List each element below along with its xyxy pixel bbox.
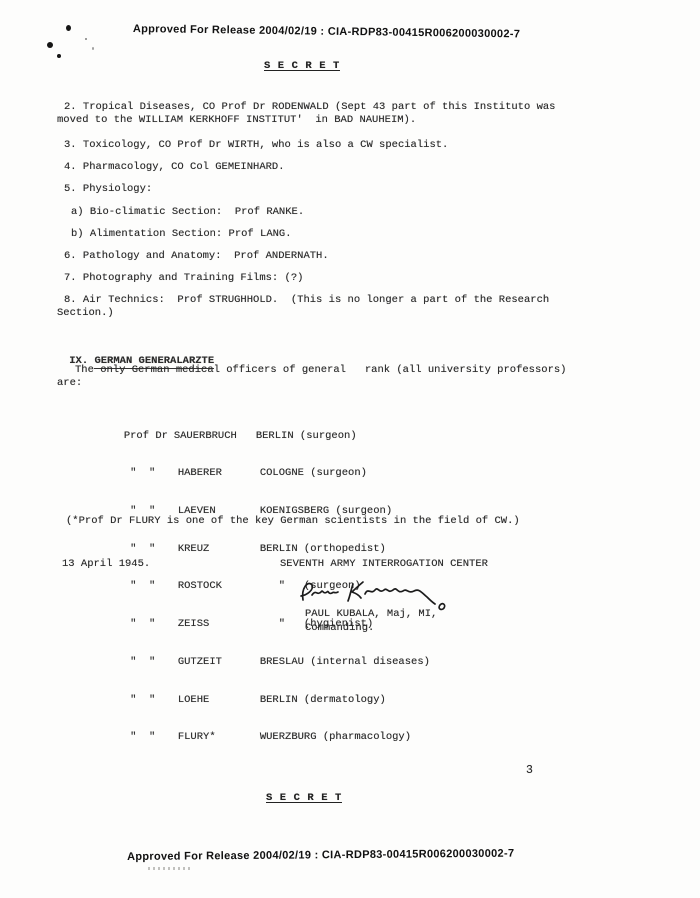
document-page: Approved For Release 2004/02/19 : CIA-RD… — [0, 0, 700, 898]
body-line-item5: 5. Physiology: — [64, 183, 152, 196]
body-line-item5a: a) Bio-climatic Section: Prof RANKE. — [71, 206, 304, 219]
body-line-item3: 3. Toxicology, CO Prof Dr WIRTH, who is … — [64, 139, 448, 152]
rank-prefix: " " — [124, 695, 174, 707]
body-line-item5b: b) Alimentation Section: Prof LANG. — [71, 228, 292, 241]
officer-location: WUERZBURG (pharmacology) — [260, 731, 411, 743]
organization-line: SEVENTH ARMY INTERROGATION CENTER — [280, 558, 488, 571]
section-intro-1: The only German medical officers of gene… — [75, 364, 566, 377]
rank-prefix: " " — [124, 732, 174, 744]
classification-stamp-bottom: S E C R E T — [266, 792, 342, 804]
body-line-item7: 7. Photography and Training Films: (?) — [64, 272, 303, 285]
officer-location: BRESLAU (internal diseases) — [260, 656, 430, 668]
rank-prefix: Prof Dr — [124, 431, 174, 443]
ink-speck — [57, 54, 61, 58]
body-line-item6: 6. Pathology and Anatomy: Prof ANDERNATH… — [64, 250, 329, 263]
table-row: " "LOEHEBERLIN (dermatology) — [86, 683, 430, 695]
officer-name: FLURY* — [174, 732, 260, 744]
officer-name: GUTZEIT — [174, 657, 260, 669]
officer-location: BERLIN (dermatology) — [260, 694, 386, 706]
rank-prefix: " " — [124, 544, 174, 556]
rank-prefix: " " — [124, 581, 174, 593]
rank-prefix: " " — [124, 619, 174, 631]
section-intro-2: are: — [57, 377, 82, 390]
table-row: " "LAEVENKOENIGSBERG (surgeon) — [86, 494, 430, 506]
table-footnote: (*Prof Dr FLURY is one of the key German… — [66, 515, 520, 528]
officer-location: BERLIN (surgeon) — [256, 430, 357, 442]
classification-stamp-top: S E C R E T — [264, 60, 340, 72]
table-row: " "HABERERCOLOGNE (surgeon) — [86, 457, 430, 469]
rank-prefix: " " — [124, 657, 174, 669]
officer-name: LOEHE — [174, 695, 260, 707]
ink-speck — [47, 42, 53, 48]
body-line-item8-1: 8. Air Technics: Prof STRUGHHOLD. (This … — [64, 294, 549, 307]
officer-location: BERLIN (orthopedist) — [260, 543, 386, 555]
table-row: " "GUTZEITBRESLAU (internal diseases) — [86, 645, 430, 657]
body-line-item2-2: moved to the WILLIAM KERKHOFF INSTITUT' … — [57, 114, 416, 127]
ink-speck — [66, 25, 71, 31]
body-line-item4: 4. Pharmacology, CO Col GEMEINHARD. — [64, 161, 285, 174]
signer-title-line: Commanding. — [305, 622, 374, 635]
rank-prefix: " " — [124, 468, 174, 480]
officer-name: ROSTOCK — [174, 581, 260, 593]
body-line-item2-1: 2. Tropical Diseases, CO Prof Dr RODENWA… — [64, 101, 555, 114]
officer-name: HABERER — [174, 468, 260, 480]
release-stamp-top: Approved For Release 2004/02/19 : CIA-RD… — [133, 23, 520, 40]
release-stamp-bottom: Approved For Release 2004/02/19 : CIA-RD… — [127, 848, 514, 863]
table-row: " "KREUZBERLIN (orthopedist) — [86, 532, 430, 544]
table-row: Prof DrSAUERBRUCHBERLIN (surgeon) — [86, 419, 430, 431]
date-line: 13 April 1945. — [62, 558, 150, 571]
officer-name: ZEISS — [174, 619, 260, 631]
ink-speck — [92, 47, 94, 50]
ink-speck — [85, 38, 87, 40]
table-row: " "FLURY*WUERZBURG (pharmacology) — [86, 721, 430, 733]
scan-smudge — [148, 867, 190, 870]
signer-name-line: PAUL KUBALA, Maj, MI, — [305, 608, 437, 621]
officer-name: KREUZ — [174, 544, 260, 556]
officer-name: SAUERBRUCH — [174, 431, 256, 443]
body-line-item8-2: Section.) — [57, 307, 114, 320]
officer-location: COLOGNE (surgeon) — [260, 467, 367, 479]
page-number: 3 — [526, 764, 533, 777]
